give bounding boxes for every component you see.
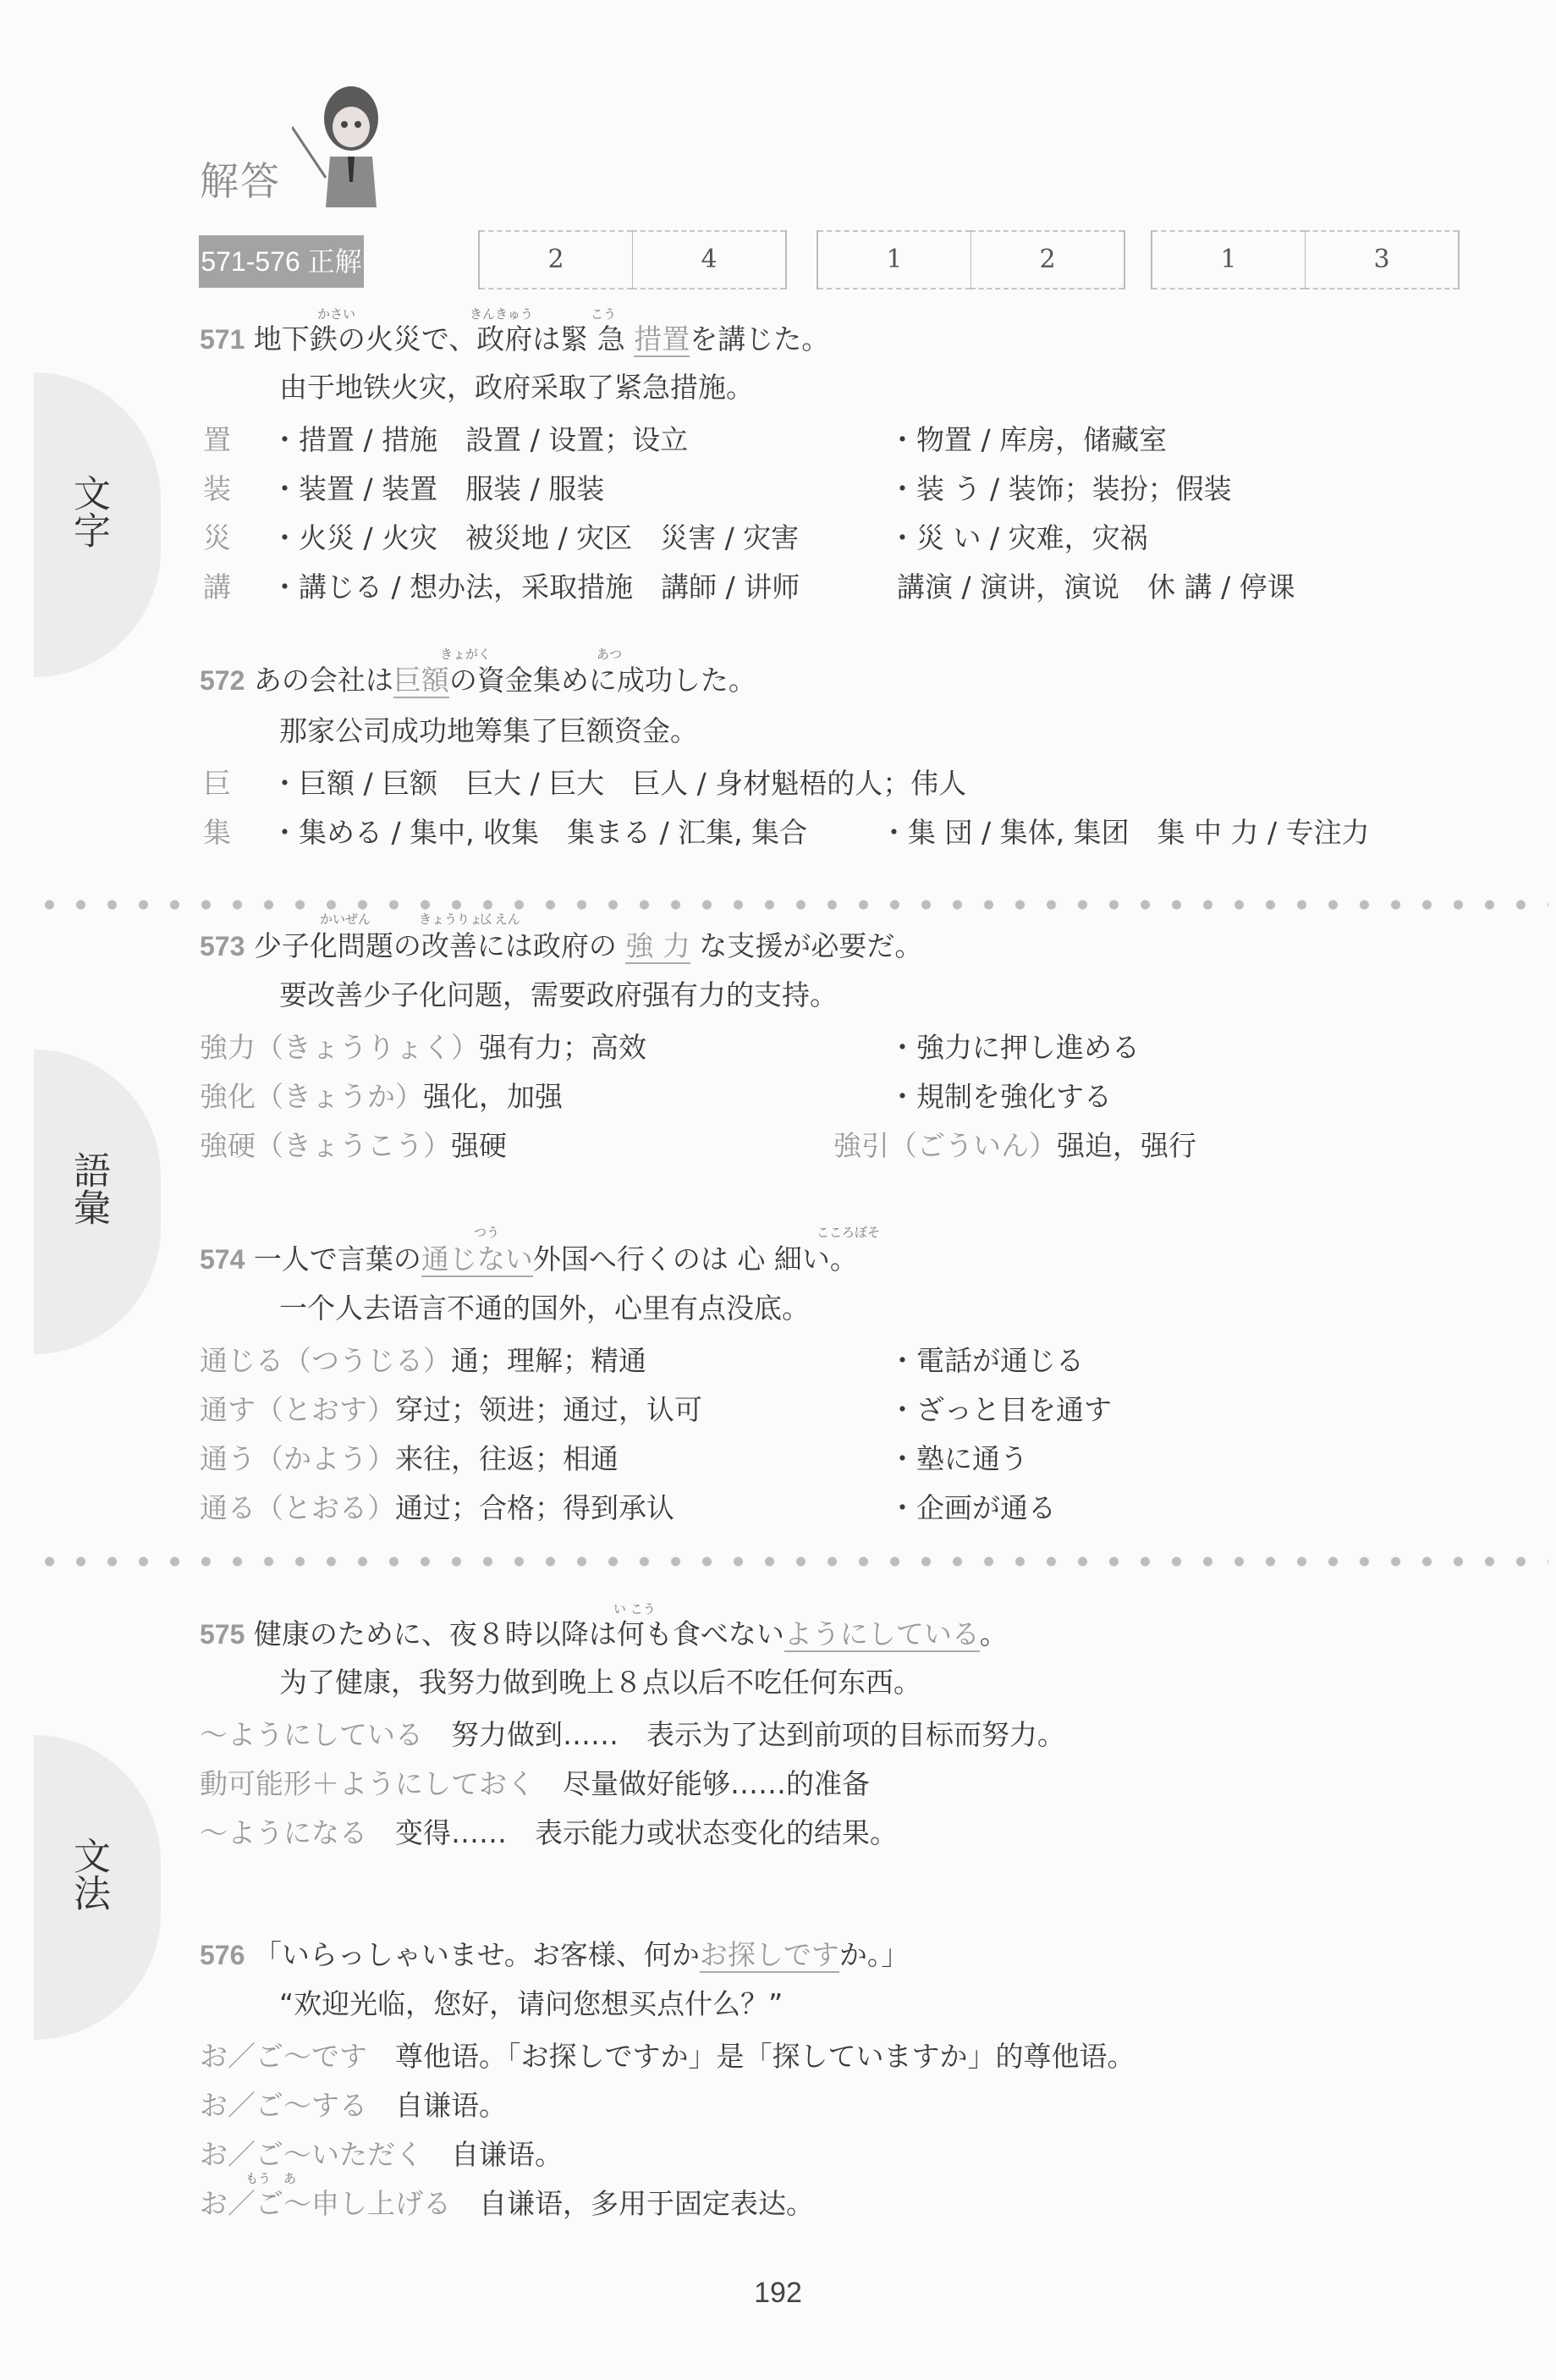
question-571: 571 地下鉄の火災で、政府は緊 急 措置を講じた。 [200,317,829,357]
side-tab-moji: 文字 [34,372,161,677]
answer-range-badge: 571-576 正解 [199,235,364,288]
example: ・ざっと目を通す [888,1388,1112,1428]
vocab-right: 講演 / 演讲，演说 休 講 / 停课 [897,565,1295,605]
translation: 一个人去语言不通的国外，心里有点没底。 [279,1286,810,1326]
meaning: 自谦语。 [451,2138,563,2171]
term: 通る（とおる） [200,1491,395,1524]
sentence-text: を講じた。 [690,322,829,355]
meaning: 变得…… 表示能力或状态变化的结果。 [395,1816,898,1849]
meaning: 通；理解；精通 [451,1344,646,1377]
translation: “欢迎光临，您好，请问您想买点什么？” [279,1982,783,2022]
term: 強力（きょうりょく） [200,1031,479,1064]
question-number: 574 [200,1244,245,1275]
kanji-head: 装 [203,467,231,507]
vocab-right: ・物置 / 库房，储藏室 [888,418,1167,458]
meaning: 通过；合格；得到承认 [395,1491,674,1524]
question-573: 573 少子化問題の改善には政府の 強 力 な支援が必要だ。 [200,924,922,964]
kanji-head: 置 [203,418,231,458]
sentence-text: あの会社は [254,664,393,697]
translation: 那家公司成功地筹集了巨额资金。 [279,709,698,749]
grammar-row: 動可能形＋ようにしておく 尽量做好能够……的准备 [200,1762,870,1802]
sentence-text: か。」 [839,1938,910,1971]
term: お／ご～する [200,2089,367,2122]
term: お／ご～です [200,2040,367,2073]
answer-573: 1 [818,230,970,289]
underlined-answer: 強 力 [625,929,690,964]
underlined-answer: ようにしている [784,1617,980,1652]
sentence-text: 一人で言葉の [254,1242,421,1275]
underlined-answer: 巨額 [393,664,449,698]
meaning: 强化，加强 [423,1080,563,1113]
meaning: 自谦语，多用于固定表达。 [479,2187,814,2220]
term: 強硬（きょうこう） [200,1129,451,1162]
answer-571: 2 [480,230,632,289]
term: 強引（ごういん） [833,1129,1057,1162]
sentence-text: 少子化問題の改善には政府の [254,929,626,962]
vocab-row: 強化（きょうか）强化，加强 [200,1075,563,1115]
term: 動可能形＋ようにしておく [200,1767,535,1800]
sentence-text: 地下鉄の火災で、政府は緊 急 [254,322,634,355]
vocab-row: 通じる（つうじる）通；理解；精通 [200,1339,646,1379]
example: ・強力に押し進める [888,1026,1140,1066]
underlined-answer: 通じない [421,1242,533,1277]
translation: 要改善少子化问题，需要政府强有力的支持。 [279,973,838,1013]
question-576: 576 「いらっしゃいませ。お客様、何かお探しですか。」 [200,1933,909,1973]
example: ・塾に通う [888,1437,1028,1477]
meaning: 来往，往返；相通 [395,1442,619,1475]
grammar-row: お／ご～です 尊他语。「お探しですか」是「探していますか」的尊他语。 [200,2035,1135,2074]
grammar-row: ～ようになる 变得…… 表示能力或状态变化的结果。 [200,1811,898,1851]
section-divider [34,1556,1548,1567]
vocab-left: ・火災 / 火灾 被災地 / 灾区 災害 / 灾害 [271,516,799,556]
term: ～ようになる [200,1816,367,1849]
answer-group-1: 2 4 [478,230,787,289]
underlined-answer: お探しです [700,1938,839,1973]
term: 通う（かよう） [200,1442,395,1475]
page-number: 192 [0,2277,1556,2310]
vocab-row: 強硬（きょうこう）强硬 [200,1124,507,1164]
vocab-left: ・集める / 集中, 收集 集まる / 汇集, 集合 [271,811,807,851]
meaning: 自谦语。 [395,2089,507,2122]
teacher-mascot-icon [292,80,393,207]
question-575: 575 健康のために、夜８時以降は何も食べないようにしている。 [200,1612,1008,1652]
example: ・企画が通る [888,1486,1056,1526]
vocab-row: 強力（きょうりょく）强有力；高效 [200,1026,646,1066]
translation: 为了健康，我努力做到晚上８点以后不吃任何东西。 [279,1661,921,1700]
sentence-text: な支援が必要だ。 [690,929,923,962]
translation: 由于地铁火灾，政府采取了紧急措施。 [279,366,754,405]
grammar-row: お／ご～申し上げる 自谦语，多用于固定表达。 [200,2182,814,2222]
question-572: 572 あの会社は巨額の資金集めに成功した。 [200,658,756,698]
sentence-text: 外国へ行くのは 心 細い。 [533,1242,858,1275]
meaning: 强硬 [451,1129,507,1162]
page-title: 解答 [200,151,281,207]
term: ～ようにしている [200,1718,423,1751]
meaning: 穿过；领进；通过，认可 [395,1393,702,1426]
question-number: 571 [200,324,245,355]
vocab-row: 通う（かよう）来往，往返；相通 [200,1437,619,1477]
answer-group-3: 1 3 [1151,230,1460,289]
underlined-answer: 措置 [634,322,690,357]
meaning: 努力做到…… 表示为了达到前项的目标而努力。 [451,1718,1065,1751]
kanji-head: 講 [203,565,231,605]
vocab-right: ・装 う / 装饰；装扮；假装 [888,467,1232,507]
kanji-head: 災 [203,516,231,556]
question-number: 576 [200,1940,245,1970]
example: ・規制を強化する [888,1075,1112,1115]
term: 強化（きょうか） [200,1080,423,1113]
side-tab-bunpou: 文法 [34,1735,161,2040]
vocab-row: 通る（とおる）通过；合格；得到承认 [200,1486,674,1526]
question-574: 574 一人で言葉の通じない外国へ行くのは 心 細い。 [200,1237,858,1277]
answer-group-2: 1 2 [816,230,1125,289]
section-divider [34,899,1548,911]
meaning: 强有力；高效 [479,1031,646,1064]
side-tab-goi: 語彙 [34,1050,161,1354]
kanji-head: 巨 [203,762,231,802]
sentence-text: 「いらっしゃいませ。お客様、何か [254,1938,700,1971]
grammar-row: ～ようにしている 努力做到…… 表示为了达到前项的目标而努力。 [200,1713,1065,1753]
meaning: 强迫，强行 [1057,1129,1196,1162]
example: ・電話が通じる [888,1339,1084,1379]
sentence-text: の資金集めに成功した。 [449,664,756,697]
vocab-right: ・集 団 / 集体, 集团 集 中 力 / 专注力 [880,811,1370,851]
answer-574: 2 [970,230,1124,289]
grammar-row: お／ご～する 自谦语。 [200,2084,507,2124]
term: 通じる（つうじる） [200,1344,451,1377]
kanji-head: 集 [203,811,231,851]
sentence-text: 。 [980,1617,1008,1650]
meaning: 尽量做好能够……的准备 [563,1767,870,1800]
answer-575: 1 [1152,230,1305,289]
meaning: 尊他语。「お探しですか」是「探していますか」的尊他语。 [395,2040,1135,2073]
question-number: 572 [200,665,245,696]
vocab-left: ・装置 / 装置 服装 / 服装 [271,467,604,507]
vocab-left: ・講じる / 想办法，采取措施 講師 / 讲师 [271,565,800,605]
vocab-left: ・措置 / 措施 設置 / 设置；设立 [271,418,688,458]
term: 通す（とおす） [200,1393,395,1426]
vocab-left: ・巨額 / 巨额 巨大 / 巨大 巨人 / 身材魁梧的人；伟人 [271,762,966,802]
vocab-row: 強引（ごういん）强迫，强行 [833,1124,1196,1164]
question-number: 573 [200,931,245,961]
vocab-row: 通す（とおす）穿过；领进；通过，认可 [200,1388,702,1428]
term: お／ご～いただく [200,2138,423,2171]
question-number: 575 [200,1619,245,1650]
answer-572: 4 [632,230,785,289]
grammar-row: お／ご～いただく 自谦语。 [200,2133,563,2173]
answer-576: 3 [1305,230,1458,289]
sentence-text: 健康のために、夜８時以降は何も食べない [254,1617,784,1650]
term: お／ご～申し上げる [200,2187,451,2220]
vocab-right: ・災 い / 灾难，灾祸 [888,516,1148,556]
